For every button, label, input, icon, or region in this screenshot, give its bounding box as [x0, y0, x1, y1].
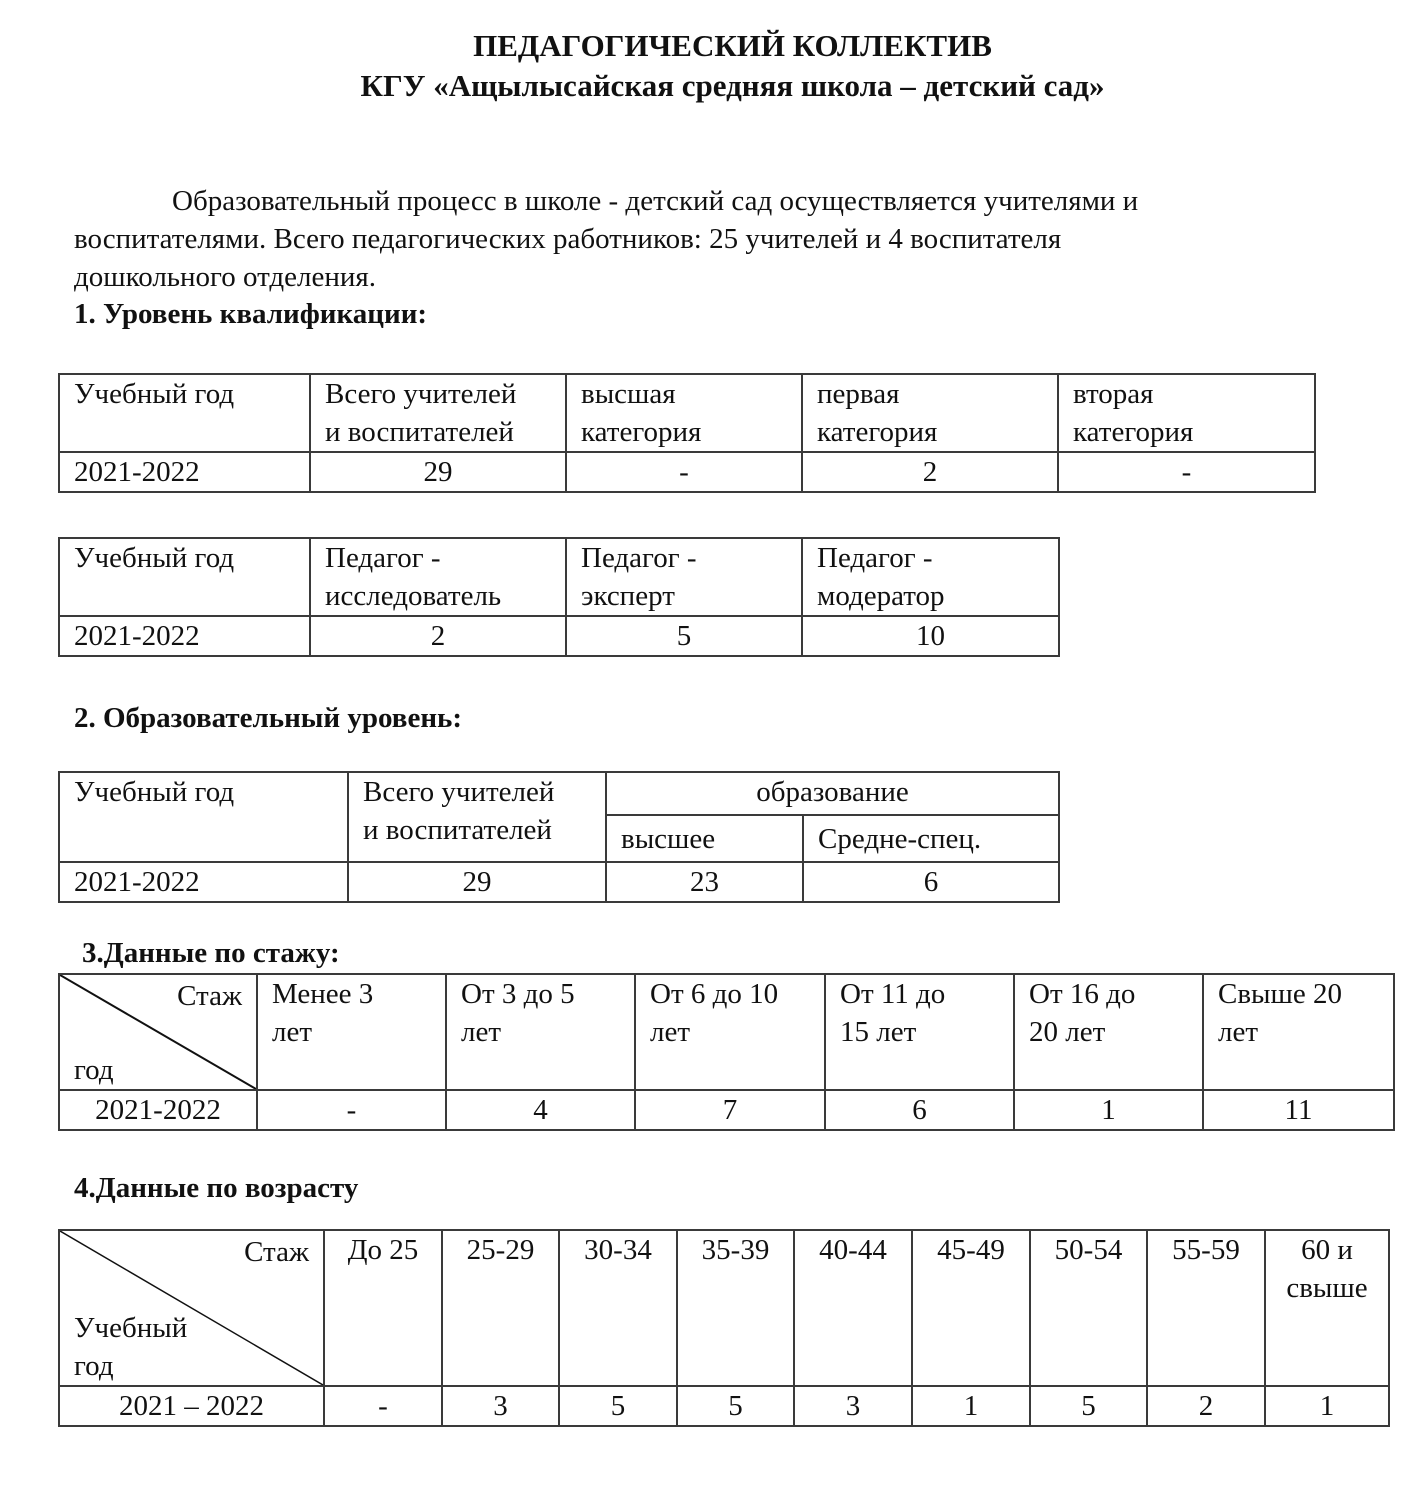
- header-text: категория: [817, 413, 1043, 451]
- table-row: 2021-2022 29 - 2 -: [59, 452, 1315, 492]
- intro-line-1: Образовательный процесс в школе - детски…: [172, 182, 1138, 221]
- header-text: Учебный год: [74, 539, 295, 577]
- diagonal-corner-cell: Стаж год: [59, 974, 257, 1090]
- header-text: лет: [650, 1013, 810, 1051]
- value-cell: 23: [606, 862, 803, 902]
- value-cell: 3: [794, 1386, 912, 1426]
- value-cell: 5: [1030, 1386, 1147, 1426]
- value-cell: 10: [802, 616, 1059, 656]
- header-cell: 60 исвыше: [1265, 1230, 1389, 1386]
- header-text: свыше: [1266, 1269, 1388, 1307]
- document-subtitle: КГУ «Ащылысайская средняя школа – детски…: [0, 68, 1413, 104]
- header-text: высшая: [581, 375, 787, 413]
- header-text: лет: [1218, 1013, 1379, 1051]
- value-cell: 7: [635, 1090, 825, 1130]
- subheader-cell: Средне-спец.: [803, 815, 1059, 862]
- value-cell: 11: [1203, 1090, 1394, 1130]
- header-cell: Учебный год: [59, 538, 310, 616]
- header-text: первая: [817, 375, 1043, 413]
- header-text: Учебный год: [74, 375, 295, 413]
- year-cell: 2021-2022: [59, 1090, 257, 1130]
- header-cell: 55-59: [1147, 1230, 1265, 1386]
- corner-label-bottom-1: Учебный: [74, 1309, 187, 1347]
- corner-label-bottom: год: [74, 1051, 114, 1089]
- header-cell: Менее 3лет: [257, 974, 446, 1090]
- header-cell: втораякатегория: [1058, 374, 1315, 452]
- table-header-row: Учебный год Всего учителейи воспитателей…: [59, 374, 1315, 452]
- header-text: 15 лет: [840, 1013, 999, 1051]
- header-cell: высшаякатегория: [566, 374, 802, 452]
- header-text: Педагог -: [325, 539, 551, 577]
- header-text: Всего учителей: [363, 773, 591, 811]
- table-row: 2021-2022 2 5 10: [59, 616, 1059, 656]
- value-cell: 29: [348, 862, 606, 902]
- value-cell: 1: [1014, 1090, 1203, 1130]
- header-text: Свыше 20: [1218, 975, 1379, 1013]
- header-cell: От 6 до 10лет: [635, 974, 825, 1090]
- header-cell: От 16 до20 лет: [1014, 974, 1203, 1090]
- header-cell: Всего учителейи воспитателей: [348, 772, 606, 862]
- header-text: лет: [461, 1013, 620, 1051]
- section-heading-experience: 3.Данные по стажу:: [82, 937, 340, 970]
- header-text: модератор: [817, 577, 1044, 615]
- value-cell: -: [1058, 452, 1315, 492]
- header-text: Педагог -: [581, 539, 787, 577]
- header-text: От 11 до: [840, 975, 999, 1013]
- section-heading-education: 2. Образовательный уровень:: [74, 702, 462, 735]
- table-header-row: Учебный год Педагог -исследователь Педаг…: [59, 538, 1059, 616]
- value-cell: 4: [446, 1090, 635, 1130]
- section-heading-age: 4.Данные по возрасту: [74, 1172, 358, 1205]
- header-cell: 30-34: [559, 1230, 677, 1386]
- value-cell: 2: [1147, 1386, 1265, 1426]
- experience-table: Стаж год Менее 3лет От 3 до 5лет От 6 до…: [58, 973, 1395, 1131]
- year-cell: 2021-2022: [59, 862, 348, 902]
- header-text: и воспитателей: [363, 811, 591, 849]
- age-table: Стаж Учебный год До 25 25-29 30-34 35-39…: [58, 1229, 1390, 1427]
- qualification-category-table: Учебный год Всего учителейи воспитателей…: [58, 373, 1316, 493]
- corner-label-top: Стаж: [177, 977, 242, 1015]
- header-text: Педагог -: [817, 539, 1044, 577]
- header-cell: 35-39: [677, 1230, 794, 1386]
- year-cell: 2021-2022: [59, 616, 310, 656]
- header-text: 60 и: [1266, 1231, 1388, 1269]
- value-cell: 29: [310, 452, 566, 492]
- value-cell: 2: [802, 452, 1058, 492]
- table-header-row: Стаж Учебный год До 25 25-29 30-34 35-39…: [59, 1230, 1389, 1386]
- header-cell: От 3 до 5лет: [446, 974, 635, 1090]
- header-text: 20 лет: [1029, 1013, 1188, 1051]
- header-cell: Учебный год: [59, 772, 348, 862]
- header-cell: 45-49: [912, 1230, 1030, 1386]
- value-cell: -: [324, 1386, 442, 1426]
- section-heading-qualification: 1. Уровень квалификации:: [74, 298, 427, 331]
- diagonal-corner-cell: Стаж Учебный год: [59, 1230, 324, 1386]
- header-cell: Всего учителейи воспитателей: [310, 374, 566, 452]
- header-text: категория: [1073, 413, 1300, 451]
- value-cell: 5: [559, 1386, 677, 1426]
- header-cell: Педагог -модератор: [802, 538, 1059, 616]
- value-cell: 5: [566, 616, 802, 656]
- table-header-row: Учебный год Всего учителейи воспитателей…: [59, 772, 1059, 815]
- header-text: От 3 до 5: [461, 975, 620, 1013]
- value-cell: 3: [442, 1386, 559, 1426]
- header-text: Менее 3: [272, 975, 431, 1013]
- value-cell: 5: [677, 1386, 794, 1426]
- header-cell: Педагог -исследователь: [310, 538, 566, 616]
- header-text: категория: [581, 413, 787, 451]
- qualification-level-table: Учебный год Педагог -исследователь Педаг…: [58, 537, 1060, 657]
- value-cell: 1: [1265, 1386, 1389, 1426]
- table-row: 2021-2022 29 23 6: [59, 862, 1059, 902]
- header-text: От 16 до: [1029, 975, 1188, 1013]
- header-cell: Учебный год: [59, 374, 310, 452]
- header-cell: 50-54: [1030, 1230, 1147, 1386]
- value-cell: -: [257, 1090, 446, 1130]
- document-title: ПЕДАГОГИЧЕСКИЙ КОЛЛЕКТИВ: [0, 28, 1413, 64]
- header-cell: Свыше 20лет: [1203, 974, 1394, 1090]
- value-cell: 1: [912, 1386, 1030, 1426]
- header-text: Всего учителей: [325, 375, 551, 413]
- header-text: эксперт: [581, 577, 787, 615]
- header-text: исследователь: [325, 577, 551, 615]
- header-text: и воспитателей: [325, 413, 551, 451]
- table-row: 2021 – 2022 - 3 5 5 3 1 5 2 1: [59, 1386, 1389, 1426]
- value-cell: -: [566, 452, 802, 492]
- subheader-cell: высшее: [606, 815, 803, 862]
- year-cell: 2021 – 2022: [59, 1386, 324, 1426]
- value-cell: 6: [803, 862, 1059, 902]
- corner-label-bottom-2: год: [74, 1347, 114, 1385]
- table-header-row: Стаж год Менее 3лет От 3 до 5лет От 6 до…: [59, 974, 1394, 1090]
- header-cell: 25-29: [442, 1230, 559, 1386]
- corner-label-top: Стаж: [244, 1233, 309, 1271]
- header-cell: От 11 до15 лет: [825, 974, 1014, 1090]
- intro-line-3: дошкольного отделения.: [74, 258, 376, 297]
- intro-line-2: воспитателями. Всего педагогических рабо…: [74, 220, 1061, 259]
- education-level-table: Учебный год Всего учителейи воспитателей…: [58, 771, 1060, 903]
- header-cell: До 25: [324, 1230, 442, 1386]
- value-cell: 2: [310, 616, 566, 656]
- header-text: лет: [272, 1013, 431, 1051]
- value-cell: 6: [825, 1090, 1014, 1130]
- year-cell: 2021-2022: [59, 452, 310, 492]
- header-text: вторая: [1073, 375, 1300, 413]
- header-cell: 40-44: [794, 1230, 912, 1386]
- table-row: 2021-2022 - 4 7 6 1 11: [59, 1090, 1394, 1130]
- header-cell: перваякатегория: [802, 374, 1058, 452]
- header-text: От 6 до 10: [650, 975, 810, 1013]
- header-cell: Педагог -эксперт: [566, 538, 802, 616]
- group-header-cell: образование: [606, 772, 1059, 815]
